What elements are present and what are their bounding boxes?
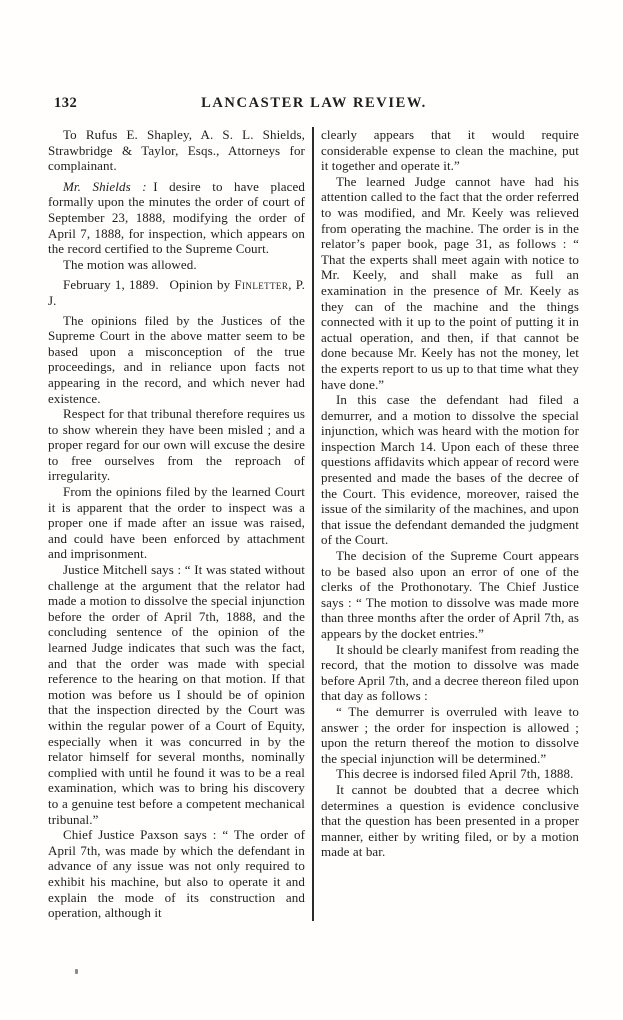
paragraph-cannot-be-doubted: It cannot be doubted that a decree which…	[321, 782, 579, 860]
paragraph-chief-justice-paxson-quote: Chief Justice Paxson says : “ The order …	[48, 827, 305, 921]
scanned-document-page: 132 LANCASTER LAW REVIEW. To Rufus E. Sh…	[0, 0, 623, 1020]
publication-title: LANCASTER LAW REVIEW.	[48, 95, 580, 112]
paragraph-justice-mitchell-quote: Justice Mitchell says : “ It was stated …	[48, 562, 305, 827]
right-column: clearly appears that it would require co…	[321, 127, 579, 921]
paragraph-clearly-manifest: It should be clearly manifest from readi…	[321, 642, 579, 704]
paragraph-demurrer-filed: In this case the defendant had filed a d…	[321, 392, 579, 548]
left-column: To Rufus E. Shapley, A. S. L. Shields, S…	[48, 127, 305, 921]
page-header: 132 LANCASTER LAW REVIEW.	[48, 95, 580, 113]
salutation-italic: Mr. Shields :	[63, 179, 147, 194]
opinion-date: February 1, 1889. Opinion by	[63, 277, 234, 292]
paragraph-decree-indorsed: This decree is indorsed filed April 7th,…	[321, 766, 579, 782]
paragraph-order-to-inspect: From the opinions filed by the learned C…	[48, 484, 305, 562]
column-divider-rule	[312, 127, 314, 921]
paragraph-motion-allowed: The motion was allowed.	[48, 257, 305, 273]
paragraph-prothonotary-error: The decision of the Supreme Court appear…	[321, 548, 579, 642]
paragraph-paxson-continuation: clearly appears that it would require co…	[321, 127, 579, 174]
text-columns: To Rufus E. Shapley, A. S. L. Shields, S…	[48, 127, 580, 921]
paragraph-addressees: To Rufus E. Shapley, A. S. L. Shields, S…	[48, 127, 305, 174]
paragraph-opinion-byline: February 1, 1889. Opinion by Finletter, …	[48, 277, 305, 308]
paragraph-opinions-filed: The opinions filed by the Justices of th…	[48, 313, 305, 407]
scan-ink-speck	[75, 969, 78, 974]
paragraph-respect-tribunal: Respect for that tribunal therefore requ…	[48, 406, 305, 484]
paragraph-shields-statement: Mr. Shields : I desire to have placed fo…	[48, 179, 305, 257]
judge-name-smallcaps: Finletter	[234, 277, 288, 292]
paragraph-demurrer-overruled-quote: “ The demurrer is overruled with leave t…	[321, 704, 579, 766]
paragraph-learned-judge: The learned Judge cannot have had his at…	[321, 174, 579, 392]
page-number: 132	[54, 95, 77, 112]
